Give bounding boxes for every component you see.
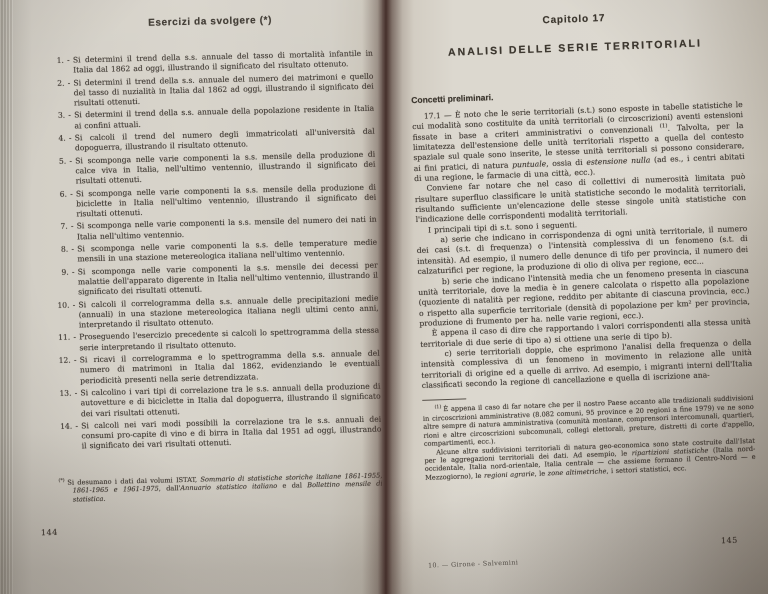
text-segment: estensione nulla — [586, 155, 650, 166]
paragraph: 17.1 — È noto che le serie territoriali … — [412, 100, 745, 184]
text-segment: (1) — [434, 405, 443, 410]
text-segment: 17.1 — È noto che le serie territoriali … — [412, 100, 743, 142]
text-segment: , ossia di — [546, 157, 587, 167]
text-segment: Annuario statistico italiano — [180, 482, 277, 492]
text-segment: . — [103, 494, 105, 502]
text-segment: c) serie territoriali doppie, che esprim… — [421, 338, 752, 390]
exercise-text: Proseguendo l'esercizio precedente si ca… — [79, 326, 379, 353]
text-segment: ripartizioni statistiche — [632, 446, 709, 457]
chapter-label: Capitolo 17 — [408, 8, 739, 31]
text-segment: (1) — [660, 123, 668, 129]
section-heading: Concetti preliminari. — [411, 83, 742, 105]
exercise-number: 12. — [56, 356, 72, 387]
exercise-item: 12.-Si ricavi il correlogramma e lo spet… — [56, 349, 381, 387]
exercise-dash: - — [64, 55, 73, 76]
exercise-item: 4.-Si calcoli il trend del numero degli … — [51, 127, 375, 155]
printer-signature: 10. — Girone - Salvemini — [428, 558, 519, 569]
exercise-text: Si scomponga nelle varie componenti la s… — [77, 215, 377, 242]
exercise-text: Si scomponga nelle varie componenti la s… — [78, 260, 379, 298]
right-page-content: Capitolo 17 ANALISI DELLE SERIE TERRITOR… — [408, 8, 756, 482]
text-segment: È appena il caso di far notare che per i… — [423, 394, 755, 448]
paragraph: I principali tipi di s.t. sono i seguent… — [416, 214, 747, 236]
exercise-dash: - — [69, 300, 79, 331]
text-segment: a) serie che indicano in corrispondenza … — [417, 224, 748, 276]
right-footnotes: (1) È appena il caso di far notare che p… — [422, 394, 756, 482]
exercise-number: 2. — [49, 78, 65, 109]
book-photo: Esercizi da svolgere (*) 1.-Si determini… — [0, 0, 768, 594]
exercise-item: 7.-Si scomponga nelle varie componenti l… — [53, 215, 377, 243]
exercise-number: 7. — [53, 222, 68, 243]
exercise-text: Si calcoli il correlogramma della s.s. a… — [78, 293, 379, 331]
paragraph: c) serie territoriali doppie, che esprim… — [420, 338, 752, 391]
exercise-text: Si calcolino i vari tipi di correlazione… — [80, 381, 381, 419]
exercise-number: 4. — [51, 134, 66, 155]
exercise-text: Si scomponga nelle varie componenti la s… — [77, 238, 377, 265]
exercise-number: 14. — [57, 421, 73, 452]
exercise-item: 11.-Proseguendo l'esercizio precedente s… — [55, 326, 379, 354]
chapter-title: ANALISI DELLE SERIE TERRITORIALI — [409, 36, 740, 60]
exercise-item: 10.-Si calcoli il correlogramma della s.… — [54, 293, 379, 331]
exercise-dash: - — [64, 78, 74, 109]
exercise-item: 6.-Si scomponga nelle varie componenti l… — [52, 182, 377, 220]
exercise-number: 13. — [56, 388, 72, 419]
text-segment: , le — [534, 469, 547, 477]
paragraph: Conviene far notare che nel caso di coll… — [414, 172, 746, 225]
exercise-number: 1. — [49, 56, 64, 77]
exercise-item: 14.-Si calcoli nei vari modi possibili l… — [57, 414, 382, 452]
page-number-right: 145 — [721, 536, 738, 546]
exercise-number: 5. — [51, 156, 67, 187]
text-segment: Bollettino mensile di statistica — [73, 480, 383, 503]
text-segment: , dall' — [159, 484, 181, 492]
left-page: Esercizi da svolgere (*) 1.-Si determini… — [0, 0, 382, 594]
exercise-dash: - — [68, 222, 77, 243]
exercise-number: 6. — [52, 189, 68, 220]
left-footnote: (*) Si desumano i dati dai volumi ISTAT,… — [58, 471, 382, 504]
text-segment: I principali tipi di s.t. sono i seguent… — [428, 220, 577, 234]
exercise-dash: - — [72, 421, 82, 452]
left-page-content: Esercizi da svolgere (*) 1.-Si determini… — [48, 13, 383, 504]
paragraph: a) serie che indicano in corrispondenza … — [416, 224, 748, 277]
exercise-item: 2.-Si determini il trend della s.s. annu… — [49, 71, 374, 109]
text-segment: È appena il caso di dire che rapportando… — [420, 317, 751, 348]
exercise-number: 8. — [53, 245, 68, 266]
exercises-heading: Esercizi da svolgere (*) — [48, 13, 372, 31]
right-page: Capitolo 17 ANALISI DELLE SERIE TERRITOR… — [382, 0, 768, 594]
paragraph: È appena il caso di dire che rapportando… — [420, 317, 752, 350]
exercise-dash: - — [71, 388, 81, 419]
exercise-dash: - — [71, 355, 81, 386]
text-segment: Conviene far notare che nel caso di coll… — [415, 172, 746, 224]
exercise-number: 9. — [54, 267, 70, 298]
exercise-text: Si ricavi il correlogramma e lo spettrog… — [80, 349, 381, 387]
text-segment: (Italia nord-occidentale, Italia nord-or… — [425, 445, 756, 482]
text-segment: (*) — [58, 478, 67, 483]
footnote-rule — [422, 399, 466, 402]
exercise-text: Si determini il trend della s.s. annuale… — [73, 49, 373, 76]
exercise-text: Si calcoli il trend del numero degli imm… — [75, 127, 375, 154]
exercise-dash: - — [70, 333, 79, 354]
text-segment: Si desumano i dati dai volumi ISTAT, — [67, 475, 200, 486]
text-segment: puntuale — [512, 159, 546, 169]
paragraph: b) serie che indicano l'intensità media … — [418, 265, 751, 329]
text-segment: . Talvolta, per la limitatezza dell'este… — [413, 121, 744, 173]
exercise-list: 1.-Si determini il trend della s.s. annu… — [49, 49, 382, 453]
exercise-item: 5.-Si scomponga nelle varie componenti l… — [51, 149, 376, 187]
exercise-item: 3.-Si determini il trend della s.s. annu… — [50, 104, 374, 132]
exercise-item: 13.-Si calcolino i vari tipi di correlaz… — [56, 381, 381, 419]
exercise-dash: - — [67, 189, 77, 220]
exercise-number: 10. — [54, 300, 70, 331]
exercise-text: Si calcoli nei vari modi possibili la co… — [81, 414, 382, 452]
exercise-dash: - — [69, 267, 79, 298]
text-segment: , i settori statistici, ecc. — [606, 464, 686, 475]
exercise-item: 8.-Si scomponga nelle varie componenti l… — [53, 238, 377, 266]
exercise-number: 3. — [50, 111, 65, 132]
text-segment: regioni agrarie — [484, 470, 535, 480]
right-paragraphs: 17.1 — È noto che le serie territoriali … — [412, 100, 753, 391]
page-number-left: 144 — [41, 528, 58, 537]
exercise-text: Si determini il trend della s.s. annuale… — [74, 104, 374, 131]
page-edge-stack — [0, 0, 13, 594]
text-segment: Alcune altre suddivisioni territoriali d… — [424, 436, 755, 465]
text-segment: Sommario di statistiche storiche italian… — [73, 471, 383, 494]
exercise-dash: - — [66, 134, 75, 155]
exercise-text: Si scomponga nelle varie componenti la s… — [75, 149, 376, 187]
exercise-number: 11. — [55, 333, 70, 354]
footnote: Alcune altre suddivisioni territoriali d… — [424, 436, 756, 482]
text-segment: b) serie che indicano l'intensità media … — [418, 265, 750, 327]
footnote: (1) È appena il caso di far notare che p… — [422, 394, 754, 448]
text-segment: e dal — [277, 481, 307, 490]
exercise-dash: - — [66, 156, 76, 187]
text-segment: zone altimetriche — [548, 467, 607, 477]
exercise-item: 1.-Si determini il trend della s.s. annu… — [49, 49, 373, 77]
text-segment: (ad es., i centri abitati di una regione… — [414, 152, 745, 183]
exercise-dash: - — [65, 111, 74, 132]
exercise-text: Si scomponga nelle varie componenti la s… — [76, 182, 377, 220]
exercise-item: 9.-Si scomponga nelle varie componenti l… — [54, 260, 379, 298]
exercise-dash: - — [68, 244, 77, 265]
exercise-text: Si determini il trend della s.s. annuale… — [73, 71, 374, 109]
